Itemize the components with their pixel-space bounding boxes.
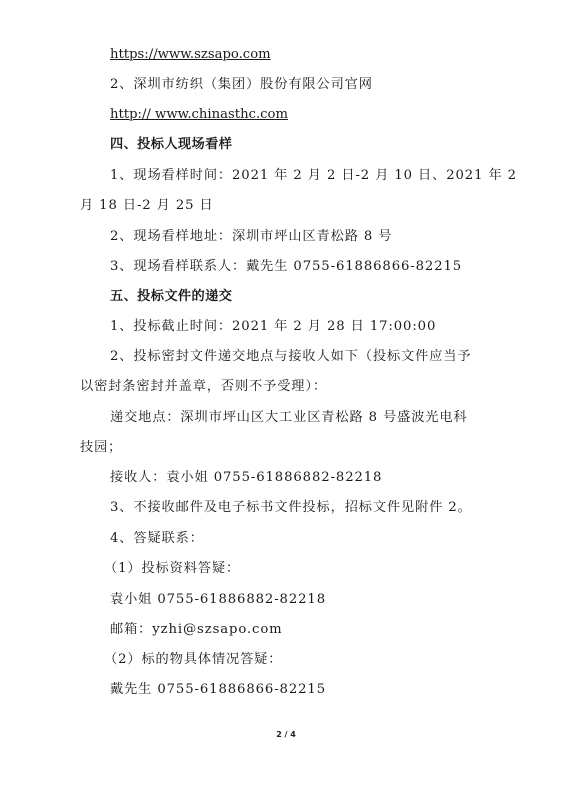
page-number: 2 / 4 <box>0 730 572 739</box>
body-line-continuation: 技园； <box>80 439 506 457</box>
link-szsapo[interactable]: https://www.szsapo.com <box>110 46 506 64</box>
document-page: https://www.szsapo.com 2、深圳市纺织（集团）股份有限公司… <box>0 0 572 792</box>
body-line: 2、现场看样地址：深圳市坪山区青松路 8 号 <box>110 228 506 246</box>
body-line: 4、答疑联系： <box>110 530 506 548</box>
body-line: 3、不接收邮件及电子标书文件投标，招标文件见附件 2。 <box>110 499 506 517</box>
body-line-continuation: 以密封条密封并盖章，否则不予受理）： <box>80 378 506 396</box>
body-line: （2）标的物具体情况答疑： <box>104 651 500 669</box>
body-line: 1、投标截止时间：2021 年 2 月 28 日 17:00:00 <box>110 318 506 336</box>
body-line: 递交地点：深圳市坪山区大工业区青松路 8 号盛波光电科 <box>110 409 506 427</box>
body-line: 戴先生 0755-61886866-82215 <box>110 681 506 699</box>
body-line-continuation: 月 18 日-2 月 25 日 <box>80 197 506 215</box>
body-line: （1）投标资料答疑： <box>104 560 500 578</box>
email-line: 邮箱：yzhi@szsapo.com <box>110 621 506 639</box>
body-line: 2、投标密封文件递交地点与接收人如下（投标文件应当予 <box>110 348 506 366</box>
body-line: 2、深圳市纺织（集团）股份有限公司官网 <box>110 76 506 94</box>
body-line: 3、现场看样联系人：戴先生 0755-61886866-82215 <box>110 258 506 276</box>
body-line: 1、现场看样时间：2021 年 2 月 2 日-2 月 10 日、2021 年 … <box>110 167 506 185</box>
body-line: 袁小姐 0755-61886882-82218 <box>110 591 506 609</box>
section-heading-submission: 五、投标文件的递交 <box>110 288 506 306</box>
link-chinasthc[interactable]: http:// www.chinasthc.com <box>110 106 506 124</box>
section-heading-site-inspection: 四、投标人现场看样 <box>110 136 506 154</box>
body-line: 接收人：袁小姐 0755-61886882-82218 <box>110 469 506 487</box>
